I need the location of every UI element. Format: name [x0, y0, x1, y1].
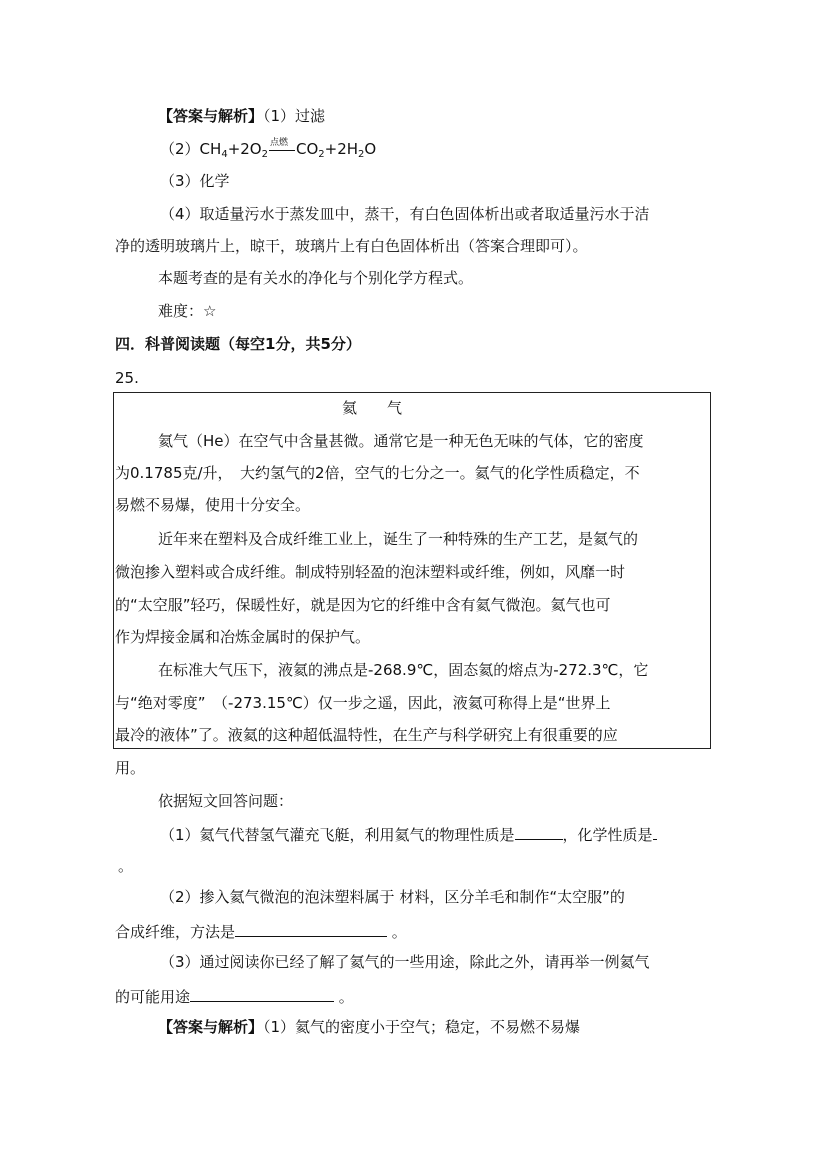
- question-2-text: 合成纤维，方法是: [115, 923, 235, 941]
- question-2-line-1: （2）掺入氦气微泡的泡沫塑料属于 材料，区分羊毛和制作“太空服”的: [160, 887, 625, 907]
- section-title: 四．科普阅读题（每空1分，共5分）: [115, 334, 361, 354]
- answer-item-2-prefix: （2）: [160, 140, 200, 158]
- answer-heading: 【答案与解析】: [158, 107, 263, 125]
- star-icon: ☆: [203, 302, 216, 320]
- passage-title: 氦 气: [342, 398, 402, 418]
- formula-part: +2O: [228, 140, 262, 158]
- answer-blank-4[interactable]: [190, 985, 334, 1002]
- chemical-equation: CH4+2O2点燃CO2+2H2O: [200, 140, 377, 158]
- formula-part: CO: [296, 140, 318, 158]
- formula-part: O: [364, 140, 376, 158]
- difficulty: 难度：☆: [158, 301, 216, 321]
- passage-p1-line-2: 为0.1785克/升， 大约氢气的2倍，空气的七分之一。氦气的化学性质稳定，不: [115, 463, 640, 483]
- question-1: （1）氦气代替氢气灌充飞艇，利用氦气的物理性质是，化学性质是: [160, 823, 657, 845]
- passage-p3-line-3: 最冷的液体”了。液氦的这种超低温特性，在生产与科学研究上有很重要的应: [115, 725, 618, 745]
- question-3-line-2: 的可能用途 。: [115, 985, 354, 1007]
- passage-p3-line-2: 与“绝对零度” （-273.15℃）仅一步之遥，因此，液氦可称得上是“世界上: [115, 693, 611, 713]
- question-3-text: 的可能用途: [115, 988, 190, 1006]
- passage-p2-line-3: 的“太空服”轻巧，保暖性好，就是因为它的纤维中含有氦气微泡。氦气也可: [115, 595, 611, 615]
- answer-line-final: 【答案与解析】（1）氦气的密度小于空气；稳定，不易燃不易爆: [158, 1017, 580, 1037]
- answer-item-3: （3）化学: [160, 171, 230, 191]
- reaction-condition: 点燃: [270, 138, 288, 148]
- answer-text-2: （1）氦气的密度小于空气；稳定，不易燃不易爆: [263, 1018, 580, 1036]
- reaction-arrow: 点燃: [268, 139, 296, 159]
- question-2-line-2: 合成纤维，方法是 。: [115, 920, 407, 942]
- question-number: 25.: [115, 368, 139, 388]
- passage-overflow-line: 用。: [115, 758, 145, 778]
- passage-p1-line-1: 氦气（He）在空气中含量甚微。通常它是一种无色无味的气体，它的密度: [158, 431, 644, 451]
- formula-part: +2H: [325, 140, 358, 158]
- question-2-end: 。: [392, 923, 407, 941]
- answer-item-4-line-1: （4）取适量污水于蒸发皿中，蒸干，有白色固体析出或者取适量污水于洁: [160, 204, 650, 224]
- difficulty-label: 难度：: [158, 302, 203, 320]
- question-3-line-1: （3）通过阅读你已经了解了氦气的一些用途，除此之外，请再举一例氦气: [160, 952, 650, 972]
- answer-blank-3[interactable]: [235, 920, 387, 937]
- passage-p3-line-1: 在标准大气压下，液氦的沸点是-268.9℃，固态氦的熔点为-272.3℃，它: [158, 660, 648, 680]
- question-1-text-b: ，化学性质是: [563, 826, 653, 844]
- question-3-end: 。: [339, 988, 354, 1006]
- answer-heading-2: 【答案与解析】: [158, 1018, 263, 1036]
- answer-line-1: 【答案与解析】（1）过滤: [158, 106, 325, 126]
- passage-p2-line-1: 近年来在塑料及合成纤维工业上，诞生了一种特殊的生产工艺，是氦气的: [158, 529, 638, 549]
- passage-p2-line-2: 微泡掺入塑料或合成纤维。制成特别轻盈的泡沫塑料或纤维，例如，风靡一时: [115, 562, 625, 582]
- answer-item-4-line-2: 净的透明玻璃片上，晾干，玻璃片上有白色固体析出（答案合理即可）。: [115, 236, 588, 256]
- answer-summary: 本题考查的是有关水的净化与个别化学方程式。: [158, 268, 473, 288]
- answer-item-1: （1）过滤: [263, 107, 325, 125]
- answer-blank-1[interactable]: [515, 823, 563, 840]
- question-1-end: 。: [118, 856, 133, 876]
- formula-part: CH: [200, 140, 222, 158]
- questions-intro: 依据短文回答问题：: [158, 791, 293, 811]
- answer-blank-2[interactable]: [653, 823, 657, 840]
- question-1-text-a: （1）氦气代替氢气灌充飞艇，利用氦气的物理性质是: [160, 826, 515, 844]
- reaction-line: [269, 150, 295, 151]
- passage-p2-line-4: 作为焊接金属和冶炼金属时的保护气。: [115, 627, 370, 647]
- answer-line-2: （2）CH4+2O2点燃CO2+2H2O: [160, 139, 376, 165]
- passage-p1-line-3: 易燃不易爆，使用十分安全。: [115, 495, 310, 515]
